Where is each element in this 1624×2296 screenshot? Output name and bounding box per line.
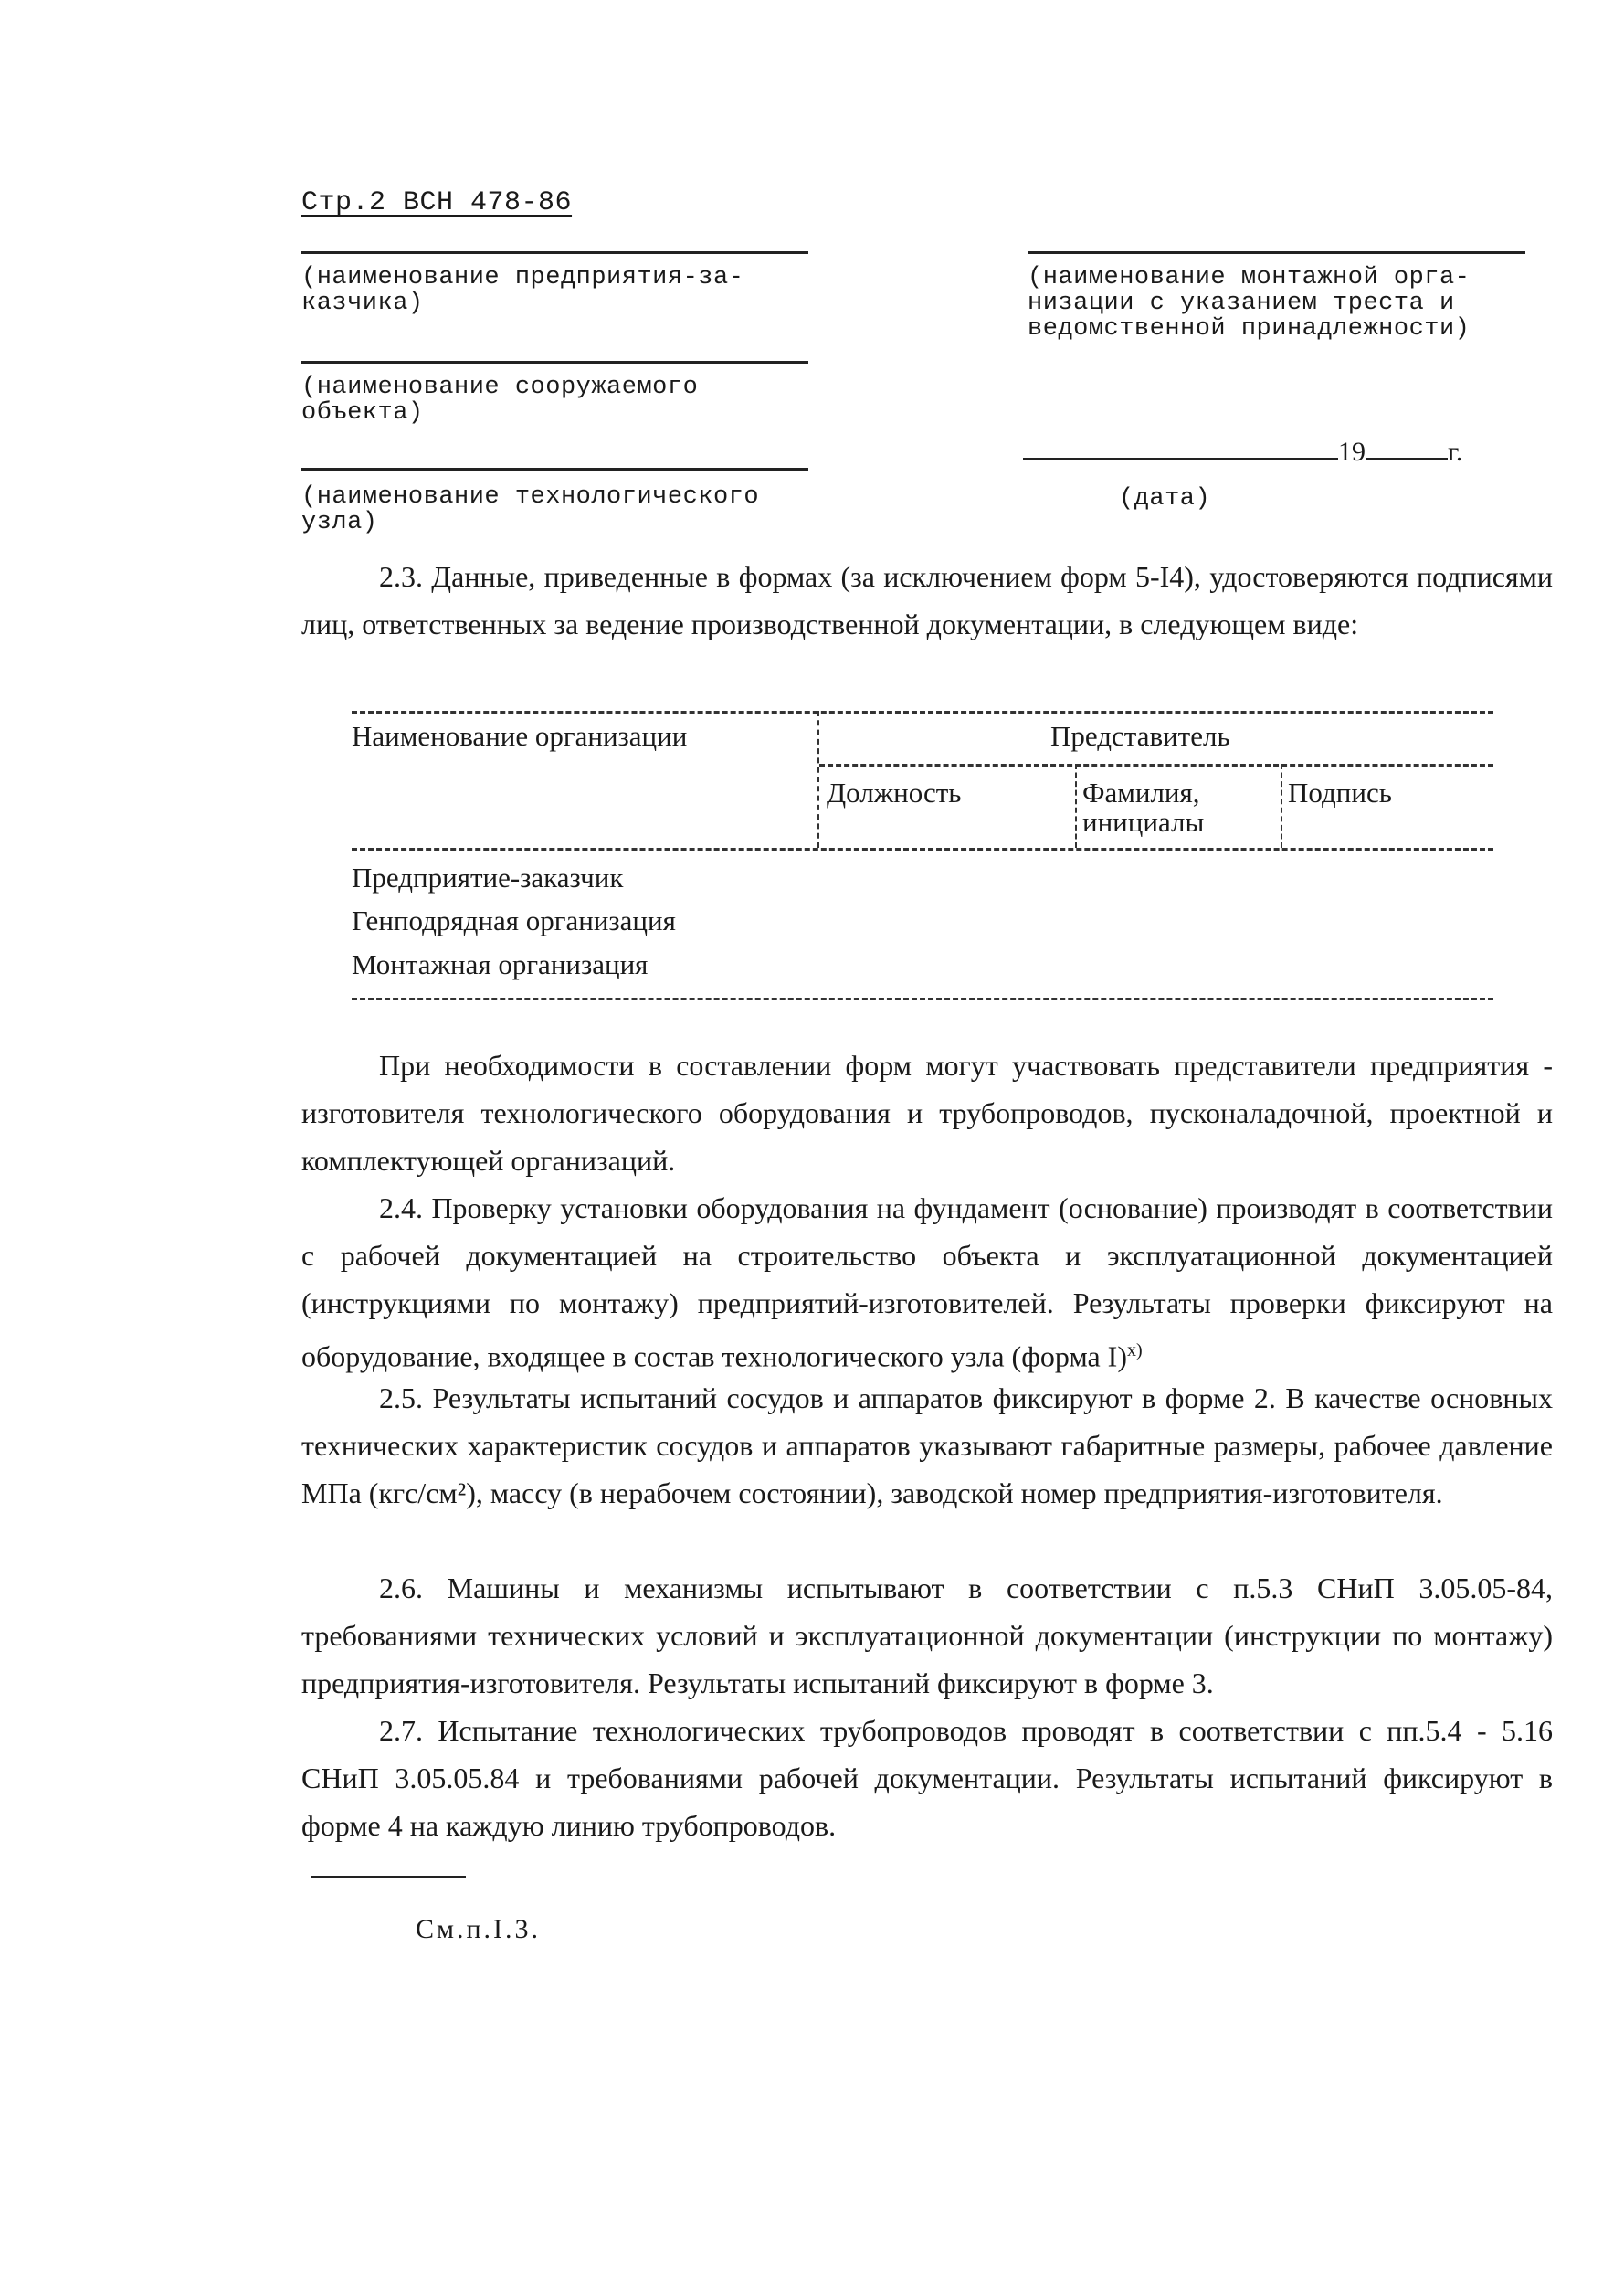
col-surname-line1: Фамилия, xyxy=(1082,778,1204,808)
footnote-mark: x) xyxy=(1127,1340,1143,1360)
col-rep-header: Представитель xyxy=(1050,722,1230,751)
col-surname: Фамилия, инициалы xyxy=(1082,778,1204,837)
caption-line: (наименование сооружаемого xyxy=(301,375,698,400)
installation-org-caption: (наименование монтажной орга- низации с … xyxy=(1028,265,1470,342)
section-2-7: 2.7. Испытание технологических трубопров… xyxy=(301,1707,1553,1849)
col-surname-line2: инициалы xyxy=(1082,808,1204,837)
tech-node-line xyxy=(301,468,808,471)
section-2-4: 2.4. Проверку установки оборудования на … xyxy=(301,1184,1553,1381)
table-row: Предприятие-заказчик xyxy=(352,863,623,893)
table-divider xyxy=(817,711,819,848)
caption-line: (наименование монтажной орга- xyxy=(1028,265,1470,291)
caption-line: (наименование технологического xyxy=(301,484,759,510)
date-field: 19г. xyxy=(1023,437,1462,468)
table-divider xyxy=(1281,764,1282,848)
caption-line: узла) xyxy=(301,510,759,535)
caption-line: (наименование предприятия-за- xyxy=(301,265,743,291)
table-bottom-rule xyxy=(352,998,1493,1000)
customer-enterprise-line xyxy=(301,251,808,254)
table-divider xyxy=(1075,764,1077,848)
table-top-rule xyxy=(352,711,1493,714)
section-2-6: 2.6. Машины и механизмы испытывают в соо… xyxy=(301,1564,1553,1707)
section-2-5: 2.5. Результаты испытаний сосудов и аппа… xyxy=(301,1374,1553,1517)
year-suffix: г. xyxy=(1448,437,1462,467)
col-position: Должность xyxy=(827,778,961,808)
date-day-month-line xyxy=(1023,458,1338,460)
object-line xyxy=(301,361,808,364)
caption-line: ведомственной принадлежности) xyxy=(1028,316,1470,342)
caption-line: низации с указанием треста и xyxy=(1028,291,1470,316)
section-2-3: 2.3. Данные, приведенные в формах (за ис… xyxy=(301,553,1553,648)
object-caption: (наименование сооружаемого объекта) xyxy=(301,375,698,426)
customer-enterprise-caption: (наименование предприятия-за- казчика) xyxy=(301,265,743,316)
installation-org-line xyxy=(1028,251,1525,254)
table-header-rule xyxy=(352,848,1493,851)
table-row: Монтажная организация xyxy=(352,950,648,979)
table-row: Генподрядная организация xyxy=(352,906,676,936)
footnote: См.п.I.3. xyxy=(416,1914,541,1945)
tech-node-caption: (наименование технологического узла) xyxy=(301,484,759,535)
rep-sub-rule xyxy=(819,764,1493,767)
caption-line: объекта) xyxy=(301,400,698,426)
date-caption: (дата) xyxy=(1119,486,1210,512)
section-2-4-text: 2.4. Проверку установки оборудования на … xyxy=(301,1191,1553,1373)
year-prefix: 19 xyxy=(1338,437,1366,467)
paragraph-note: При необходимости в составлении форм мог… xyxy=(301,1042,1553,1184)
caption-line: казчика) xyxy=(301,291,743,316)
footnote-rule xyxy=(311,1876,466,1878)
col-org-header: Наименование организации xyxy=(352,722,687,751)
col-signature: Подпись xyxy=(1288,778,1392,808)
page-header: Стр.2 ВСН 478-86 xyxy=(301,187,572,218)
year-line xyxy=(1366,458,1448,460)
